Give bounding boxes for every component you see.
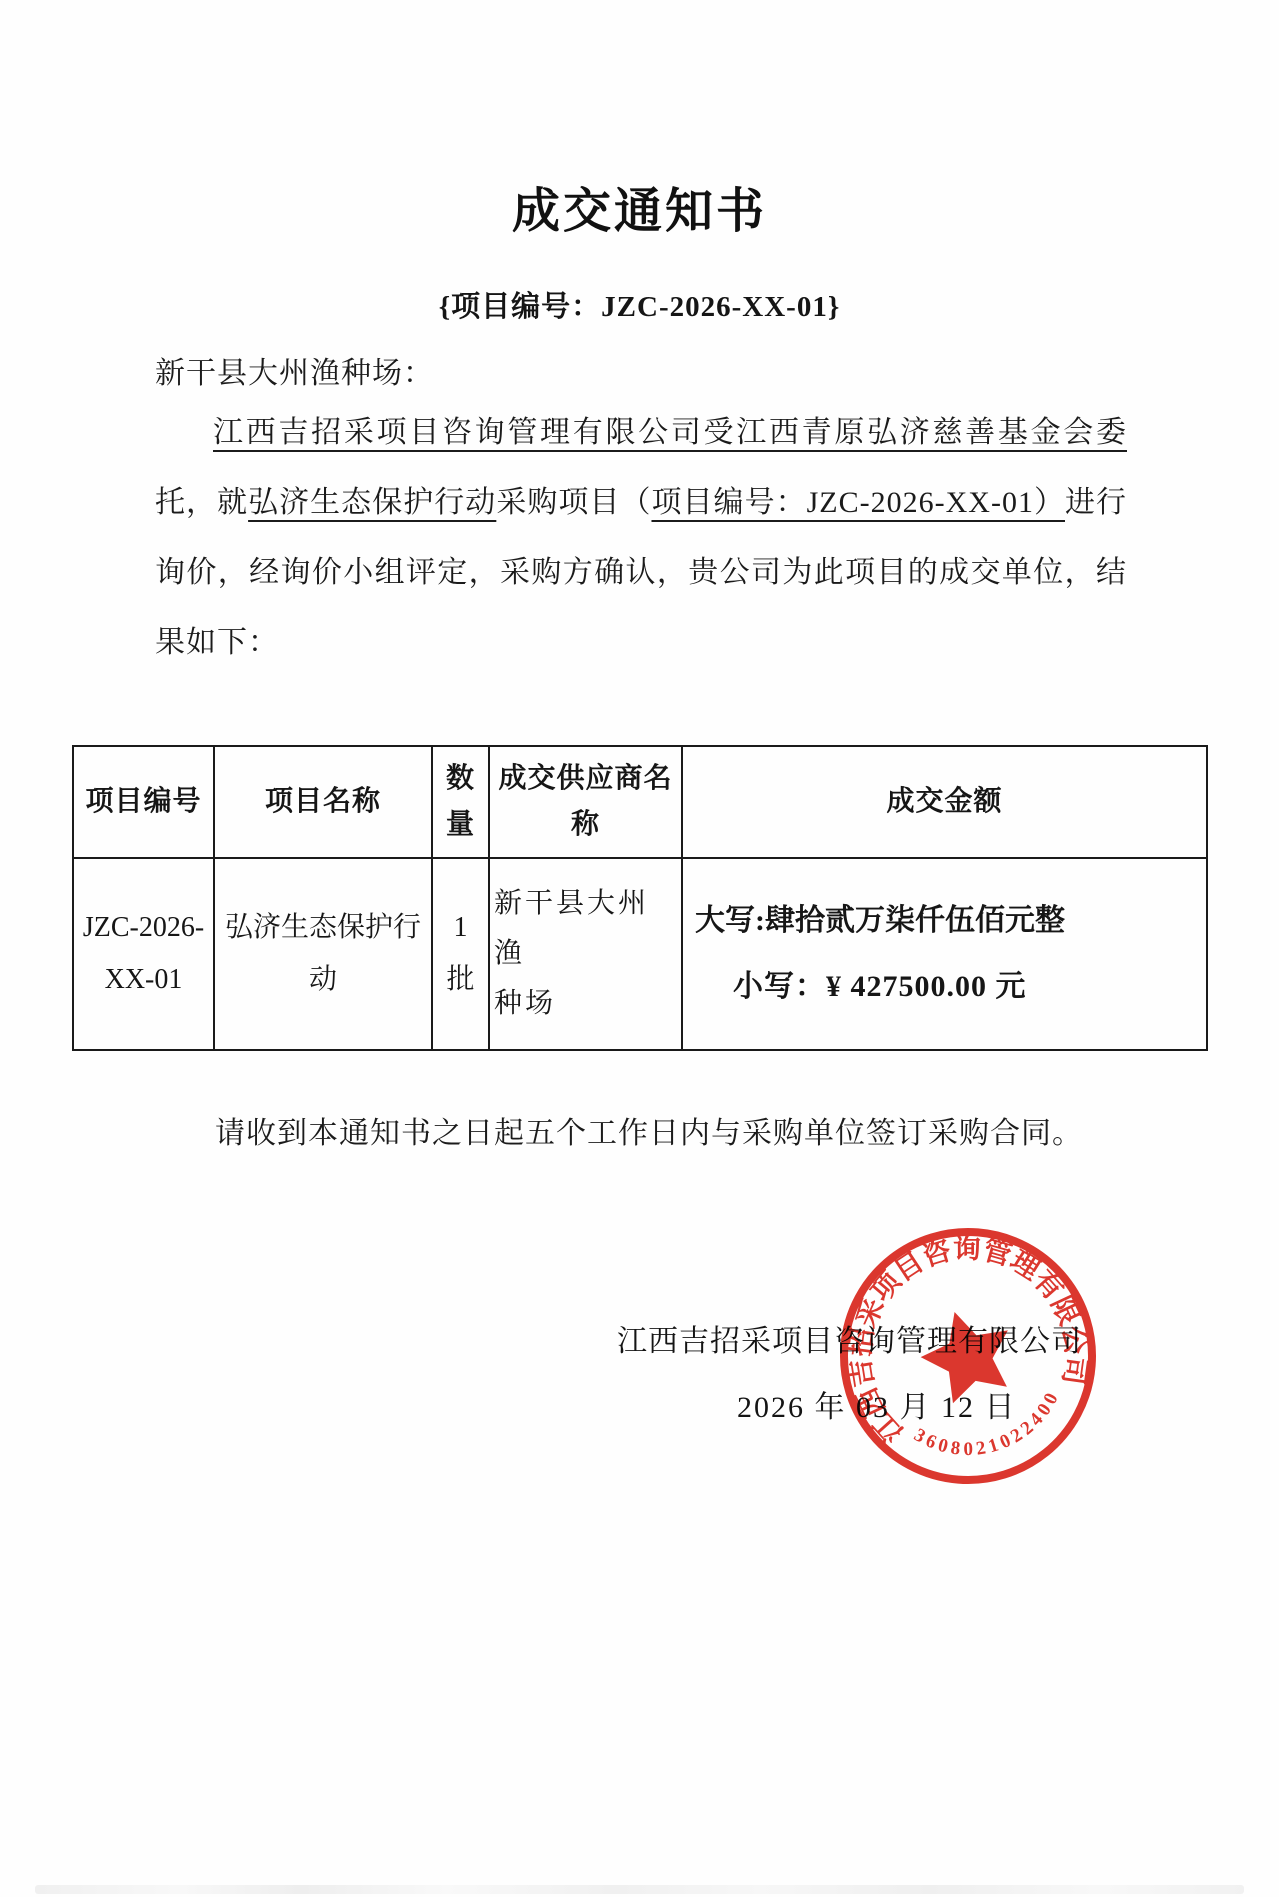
signature-date: 2026 年 03 月 12 日 — [737, 1382, 1017, 1426]
cell-supplier-name: 新干县大州渔 种场 — [489, 858, 682, 1050]
cell-project-number: JZC-2026- XX-01 — [73, 858, 214, 1050]
signature-company-name: 江西吉招采项目咨询管理有限公司 — [617, 1316, 1082, 1360]
body-line-2-segment: 进行 — [1065, 486, 1127, 519]
header-quantity: 数量 — [432, 746, 489, 858]
body-line-2-segment: 托，就 — [155, 486, 248, 519]
body-line-3: 询价，经询价小组评定，采购方确认，贵公司为此项目的成交单位，结 — [155, 538, 1127, 608]
body-line-2: 托，就弘济生态保护行动采购项目（项目编号：JZC-2026-XX-01）进行 — [155, 468, 1127, 538]
body-paragraph: 江西吉招采项目咨询管理有限公司受江西青原弘济慈善基金会委 托，就弘济生态保护行动… — [155, 398, 1127, 678]
underlined-project-number: 项目编号：JZC-2026-XX-01） — [651, 486, 1065, 519]
recipient-line: 新干县大州渔种场： — [155, 348, 434, 392]
cell-quantity: 1 批 — [432, 858, 489, 1050]
page-title: 成交通知书 — [0, 172, 1279, 241]
underlined-agency-client-text: 江西吉招采项目咨询管理有限公司受江西青原弘济慈善基金会委 — [213, 416, 1127, 449]
header-supplier-name: 成交供应商名称 — [489, 746, 682, 858]
header-amount: 成交金额 — [682, 746, 1207, 858]
body-line-2-segment: 采购项目（ — [496, 486, 651, 519]
table-data-row: JZC-2026- XX-01 弘济生态保护行 动 1 批 新干县大州渔 种场 … — [73, 858, 1207, 1050]
project-number-subtitle: {项目编号：JZC-2026-XX-01} — [0, 284, 1279, 325]
body-line-4: 果如下： — [155, 608, 1127, 678]
results-table: 项目编号 项目名称 数量 成交供应商名称 成交金额 JZC-2026- XX-0… — [72, 745, 1208, 1051]
header-project-number: 项目编号 — [73, 746, 214, 858]
scan-artifact-strip — [35, 1885, 1244, 1894]
table-header-row: 项目编号 项目名称 数量 成交供应商名称 成交金额 — [73, 746, 1207, 858]
cell-project-name: 弘济生态保护行 动 — [214, 858, 432, 1050]
underlined-project-name: 弘济生态保护行动 — [248, 486, 496, 519]
header-project-name: 项目名称 — [214, 746, 432, 858]
amount-in-figures: 小写：¥ 427500.00 元 — [687, 968, 1202, 1006]
document-page: 成交通知书 {项目编号：JZC-2026-XX-01} 新干县大州渔种场： 江西… — [0, 0, 1279, 1897]
contract-notice-line: 请收到本通知书之日起五个工作日内与采购单位签订采购合同。 — [155, 1108, 1215, 1152]
body-line-1: 江西吉招采项目咨询管理有限公司受江西青原弘济慈善基金会委 — [155, 398, 1127, 468]
amount-in-words: 大写:肆拾贰万柒仟伍佰元整 — [687, 902, 1202, 940]
cell-amount: 大写:肆拾贰万柒仟伍佰元整 小写：¥ 427500.00 元 — [682, 858, 1207, 1050]
